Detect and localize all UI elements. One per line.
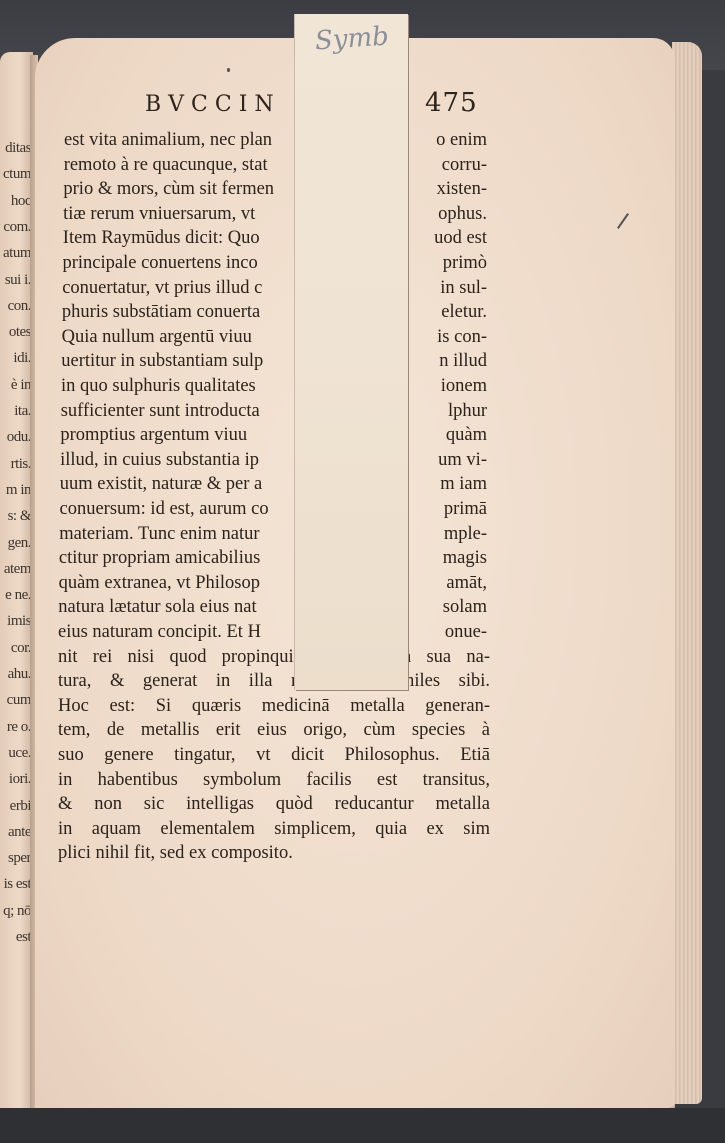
facing-page-fragment: ditas	[5, 140, 31, 157]
text-line-fragment: um vi-	[438, 450, 487, 471]
facing-page-fragment: iori.	[9, 771, 31, 788]
facing-page-fragment: con.	[8, 298, 31, 315]
text-line: conuersum: id est, aurum co	[60, 499, 296, 520]
text-line: in habentibus symbolum facilis est trans…	[58, 770, 490, 791]
text-line: remoto à re quacunque, stat	[64, 155, 295, 176]
facing-page-fragment: is est	[4, 876, 31, 893]
text-line: nit rei nisi quod propinquius est illi i…	[58, 647, 490, 668]
facing-page-fragment: cor.	[11, 640, 31, 657]
text-line: phuris substātiam conuerta	[62, 302, 295, 323]
facing-page-fragment: rtis.	[11, 456, 31, 473]
text-line: promptius argentum viuu	[60, 425, 295, 446]
facing-page-fragment: imis	[7, 613, 31, 630]
facing-page-fragment: atem	[4, 561, 31, 578]
facing-page-fragment: q; nō	[3, 903, 31, 920]
text-line-fragment: xisten-	[437, 179, 487, 200]
text-line: eius naturam concipit. Et H	[58, 622, 295, 643]
facing-page-fragment: gen.	[8, 535, 31, 552]
text-line-fragment: mple-	[444, 524, 487, 545]
facing-page-fragment: ante	[8, 824, 31, 841]
text-line: Hoc est: Si quæris medicinā metalla gene…	[58, 696, 490, 717]
text-line-fragment: n illud	[439, 351, 487, 372]
facing-page-fragment: idi.	[13, 350, 31, 367]
text-line-fragment: is con-	[437, 327, 487, 348]
text-line: uertitur in substantiam sulp	[61, 351, 295, 372]
facing-page-fragment: ita.	[14, 403, 31, 420]
text-line-fragment: quàm	[446, 425, 487, 446]
facing-page-fragment: est	[16, 929, 31, 946]
text-line-fragment: primò	[443, 253, 487, 274]
text-line: & non sic intelligas quòd reducantur met…	[58, 794, 490, 815]
facing-page-fragment: sper	[8, 850, 31, 867]
text-line: est vita animalium, nec plan	[64, 130, 295, 151]
text-line: tiæ rerum vniuersarum, vt	[63, 204, 295, 225]
running-head: BVCCIN	[145, 92, 281, 117]
facing-page-fragment: sui i.	[5, 272, 31, 289]
text-line: tem, de metallis erit eius origo, cùm sp…	[58, 720, 490, 741]
text-line-fragment: uod est	[434, 228, 487, 249]
facing-page-fragment: erbi	[10, 798, 31, 815]
text-line: natura lætatur sola eius nat	[58, 597, 295, 618]
facing-page-fragment: s: &	[8, 508, 31, 525]
text-line: in quo sulphuris qualitates	[61, 376, 295, 397]
text-line-fragment: corru-	[442, 155, 487, 176]
facing-page-fragment: com.	[3, 219, 31, 236]
facing-page-fragment: hoc	[11, 193, 31, 210]
facing-page-fragment: m in	[6, 482, 31, 499]
facing-page-fragment: re o.	[7, 719, 31, 736]
facing-page-fragment: è in	[11, 377, 31, 394]
text-line: conuertatur, vt prius illud c	[62, 278, 295, 299]
page-number: 475	[425, 88, 478, 118]
text-line-fragment: lphur	[448, 401, 487, 422]
text-line-fragment: solam	[443, 597, 487, 618]
text-line-fragment: o enim	[436, 130, 487, 151]
facing-page-fragment: e ne.	[5, 587, 31, 604]
text-line-fragment: eletur.	[441, 302, 487, 323]
facing-page-fragment: odu.	[7, 429, 31, 446]
bookmark-slip[interactable]: Symb	[295, 14, 408, 690]
text-line-fragment: ophus.	[438, 204, 487, 225]
facing-page-fragment: otes	[9, 324, 31, 341]
handwritten-label: Symb	[314, 21, 390, 56]
text-line: Quia nullum argentū viuu	[62, 327, 295, 348]
text-line-fragment: amāt,	[446, 573, 487, 594]
text-line-fragment: m iam	[440, 474, 487, 495]
dark-background-bottom	[0, 1108, 725, 1143]
page-block-edges	[672, 42, 702, 1104]
text-line: quàm extranea, vt Philosop	[59, 573, 295, 594]
text-line-fragment: in sul-	[440, 278, 487, 299]
text-line: prio & mors, cùm sit fermen	[63, 179, 295, 200]
text-line: tura, & generat in illa re proles simile…	[58, 671, 490, 692]
text-line: uum existit, naturæ & per a	[60, 474, 295, 495]
text-line-fragment: magis	[443, 548, 487, 569]
facing-page-fragment: atum	[3, 245, 31, 262]
text-line: Item Raymūdus dicit: Quo	[63, 228, 295, 249]
text-line: ctitur propriam amicabilius	[59, 548, 295, 569]
text-line: materiam. Tunc enim natur	[59, 524, 295, 545]
text-line: suo genere tingatur, vt dicit Philosophu…	[58, 745, 490, 766]
text-line: illud, in cuius substantia ip	[60, 450, 295, 471]
facing-page-fragment: ctum	[3, 166, 31, 183]
text-line: in aquam elementalem simplicem, quia ex …	[58, 819, 490, 840]
text-line: sufficienter sunt introducta	[61, 401, 295, 422]
text-line-fragment: primā	[444, 499, 487, 520]
facing-page-fragment: cum	[7, 692, 31, 709]
text-line: principale conuertens inco	[63, 253, 296, 274]
text-line-fragment: ionem	[441, 376, 487, 397]
facing-page-edge: ditasctumhoccom.atumsui i.con.otesidi.è …	[0, 52, 33, 1127]
text-line: plici nihil fit, sed ex composito.	[58, 843, 490, 864]
facing-page-fragment: ahu.	[8, 666, 31, 683]
ink-dot	[227, 68, 230, 72]
text-line-fragment: onue-	[445, 622, 487, 643]
facing-page-fragment: uce.	[8, 745, 31, 762]
